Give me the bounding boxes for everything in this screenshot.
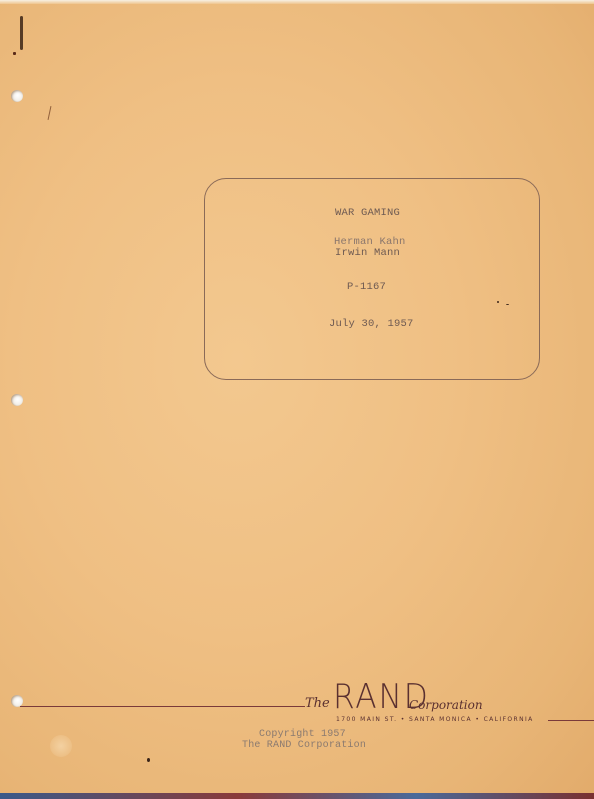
letterhead-rule-right — [548, 720, 594, 721]
document-date: July 30, 1957 — [329, 318, 414, 330]
punch-hole-middle — [11, 394, 23, 406]
letterhead-address: 1700 MAIN ST. • SANTA MONICA • CALIFORNI… — [336, 716, 534, 723]
staple-dot — [13, 52, 16, 55]
speck — [147, 758, 150, 762]
paper-stain — [50, 735, 72, 757]
author-2: Irwin Mann — [335, 247, 400, 259]
copyright-line-1: Copyright 1957 — [259, 729, 346, 740]
document-title: WAR GAMING — [335, 207, 400, 219]
page-bottom-edge — [0, 793, 594, 799]
letterhead-prefix: The — [305, 696, 330, 711]
document-page: WAR GAMING Herman Kahn Irwin Mann P-1167… — [0, 0, 594, 799]
letterhead-rule-left — [20, 706, 305, 707]
page-top-edge — [0, 0, 594, 4]
copyright-line-2: The RAND Corporation — [242, 740, 366, 751]
letterhead-suffix: Corporation — [409, 698, 483, 712]
report-number: P-1167 — [347, 281, 386, 293]
speck — [497, 301, 499, 303]
punch-hole-top — [11, 90, 23, 102]
staple-mark — [20, 16, 23, 50]
pencil-mark — [48, 106, 52, 120]
speck — [506, 304, 509, 305]
